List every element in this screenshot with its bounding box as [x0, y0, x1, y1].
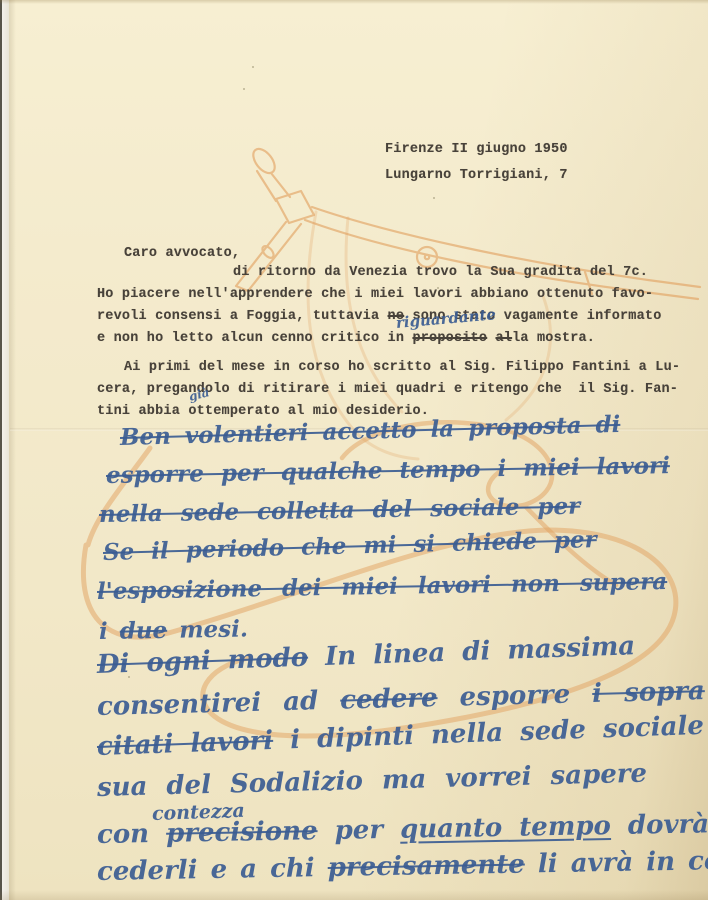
text-run: cederli e a chi [97, 853, 328, 887]
typed-line: cera, pregandolo di ritirare i miei quad… [97, 382, 678, 397]
struck-text: cedere [340, 683, 438, 716]
struck-text: proposito [412, 331, 487, 346]
text-run: Ai primi del mese in corso ho scritto al… [124, 360, 680, 375]
typed-line: revoli consensi a Foggia, tuttavia ne so… [97, 309, 662, 324]
text-run: i [99, 618, 120, 645]
struck-text: citati lavori [96, 726, 273, 762]
struck-text: due [120, 617, 168, 645]
paper-speck [243, 88, 245, 90]
paper-speck [252, 66, 254, 68]
text-run: revoli consensi a Foggia, tuttavia [97, 309, 388, 324]
text-run: con [97, 819, 167, 850]
text-run: consentirei ad [97, 686, 341, 722]
paper-speck [433, 197, 435, 199]
typed-line: e non ho letto alcun cenno critico in pr… [97, 331, 595, 346]
text-run: e non ho letto alcun cenno critico in [97, 331, 412, 346]
typed-line: Ho piacere nell'apprendere che i miei la… [97, 287, 653, 302]
text-run: li avrà in consegna. [525, 844, 708, 879]
text-run: cera, pregandolo di ritirare i miei quad… [97, 382, 678, 397]
struck-text: al [495, 331, 512, 346]
typed-line: di ritorno da Venezia trovo la Sua gradi… [233, 265, 648, 280]
date-line: Firenze II giugno 1950 [385, 142, 568, 157]
text-run: la mostra. [512, 331, 595, 346]
typed-line: Ai primi del mese in corso ho scritto al… [124, 360, 680, 375]
text-run: Ho piacere nell'apprendere che i miei la… [97, 287, 653, 302]
address-line: Lungarno Torrigiani, 7 [385, 168, 568, 183]
letter-page: Firenze II giugno 1950 Lungarno Torrigia… [0, 0, 708, 900]
paper-top-edge [0, 0, 708, 4]
text-run: mesi. [167, 615, 248, 643]
handwritten-line: i due mesi. [99, 615, 248, 645]
paper-bottom-edge [0, 890, 708, 900]
salutation: Caro avvocato, [124, 246, 240, 261]
text-run: dovrà [611, 809, 708, 841]
text-run: di ritorno da Venezia trovo la Sua gradi… [233, 265, 648, 280]
text-run: esporre [437, 679, 592, 713]
underlined-text: quanto tempo [400, 811, 611, 845]
struck-text: i sopra [592, 676, 705, 709]
text-run: per [317, 815, 400, 846]
scan-edge-shadow [9, 0, 16, 900]
struck-text: precisione [166, 816, 318, 849]
scan-edge-light [2, 0, 9, 900]
struck-text: precisamente [327, 850, 525, 883]
